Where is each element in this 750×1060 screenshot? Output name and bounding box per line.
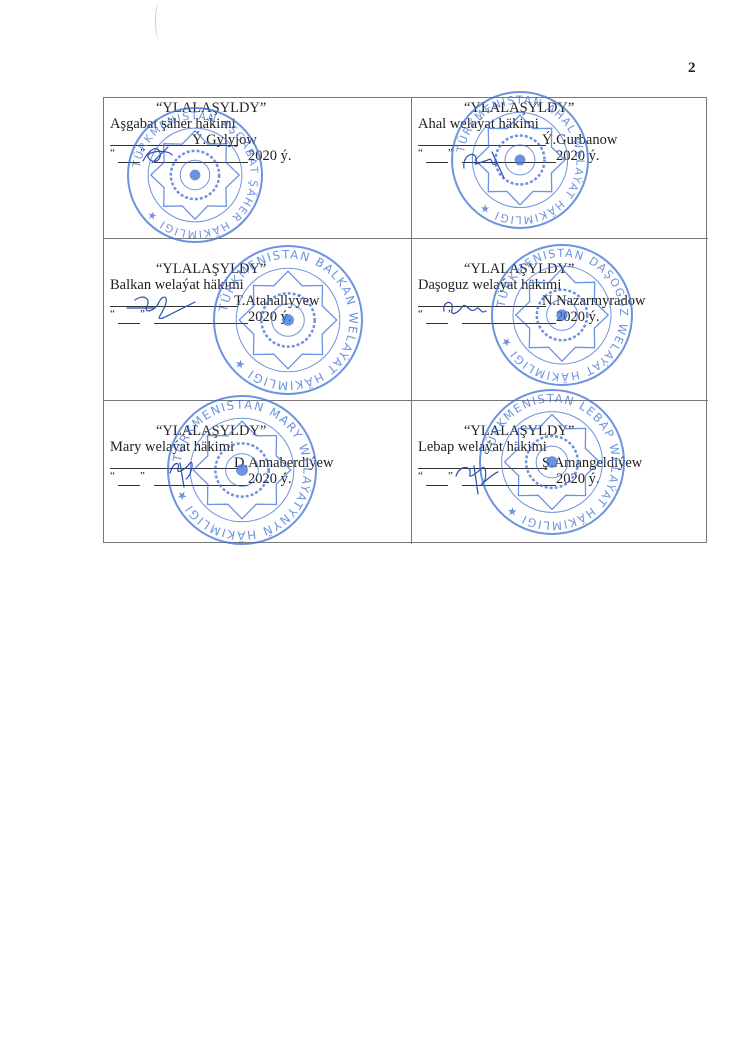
official-name: D.Annaberdiýew: [234, 455, 333, 471]
approval-title: “YLALAŞYLDY”: [418, 423, 708, 439]
approval-cell-ashgabat: “YLALAŞYLDY” Aşgabat şäher häkimi Ý.Gyly…: [104, 98, 412, 239]
approval-title: “YLALAŞYLDY”: [418, 100, 708, 116]
date-line: “”2020 ý.: [418, 471, 708, 487]
date-year: 2020 ý.: [556, 148, 600, 164]
date-line: “”2020 ý.: [418, 148, 708, 164]
official-name: Ý.Gurbanow: [542, 132, 617, 148]
official-position: Mary welaýat häkimi: [110, 439, 400, 455]
official-position: Aşgabat şäher häkimi: [110, 116, 400, 132]
date-year: 2020 ý.: [248, 471, 292, 487]
approval-title: “YLALAŞYLDY”: [110, 423, 400, 439]
approval-cell-lebap: “YLALAŞYLDY” Lebap welaýat häkimi Ş.Aman…: [412, 401, 708, 544]
official-name: N.Nazarmyradow: [542, 293, 645, 309]
official-name: T.Atahallyýew: [234, 293, 320, 309]
official-name: Ý.Gylyjow: [192, 132, 257, 148]
date-year: 2020 ý.: [556, 309, 600, 325]
approval-cell-dashoguz: “YLALAŞYLDY” Daşoguz welaýat häkimi N.Na…: [412, 239, 708, 401]
approval-title: “YLALAŞYLDY”: [418, 261, 708, 277]
official-position: Lebap welaýat häkimi: [418, 439, 708, 455]
approval-cell-ahal: “YLALAŞYLDY” Ahal welaýat häkimi Ý.Gurba…: [412, 98, 708, 239]
date-year: 2020 ý.: [556, 471, 600, 487]
scan-artifact: [155, 2, 164, 40]
official-position: Ahal welaýat häkimi: [418, 116, 708, 132]
approval-title: “YLALAŞYLDY”: [110, 100, 400, 116]
approval-title: “YLALAŞYLDY”: [110, 261, 400, 277]
signature-line: D.Annaberdiýew: [110, 455, 400, 471]
signature-line: T.Atahallyýew: [110, 293, 400, 309]
signature-line: N.Nazarmyradow: [418, 293, 708, 309]
date-line: “”2020 ý.: [418, 309, 708, 325]
date-line: “”2020 ý.: [110, 148, 400, 164]
signature-line: Ý.Gylyjow: [110, 132, 400, 148]
signature-line: Ý.Gurbanow: [418, 132, 708, 148]
official-position: Balkan welaýat häkimi: [110, 277, 400, 293]
date-year: 2020 ý.: [248, 148, 292, 164]
date-year: 2020 ý.: [248, 309, 292, 325]
approval-cell-mary: “YLALAŞYLDY” Mary welaýat häkimi D.Annab…: [104, 401, 412, 544]
approval-table: “YLALAŞYLDY” Aşgabat şäher häkimi Ý.Gyly…: [103, 97, 707, 543]
page-number: 2: [688, 60, 696, 77]
official-name: Ş.Amangeldiýew: [542, 455, 642, 471]
official-position: Daşoguz welaýat häkimi: [418, 277, 708, 293]
date-line: “”2020 ý.: [110, 309, 400, 325]
approval-cell-balkan: “YLALAŞYLDY” Balkan welaýat häkimi T.Ata…: [104, 239, 412, 401]
date-line: “”2020 ý.: [110, 471, 400, 487]
signature-line: Ş.Amangeldiýew: [418, 455, 708, 471]
